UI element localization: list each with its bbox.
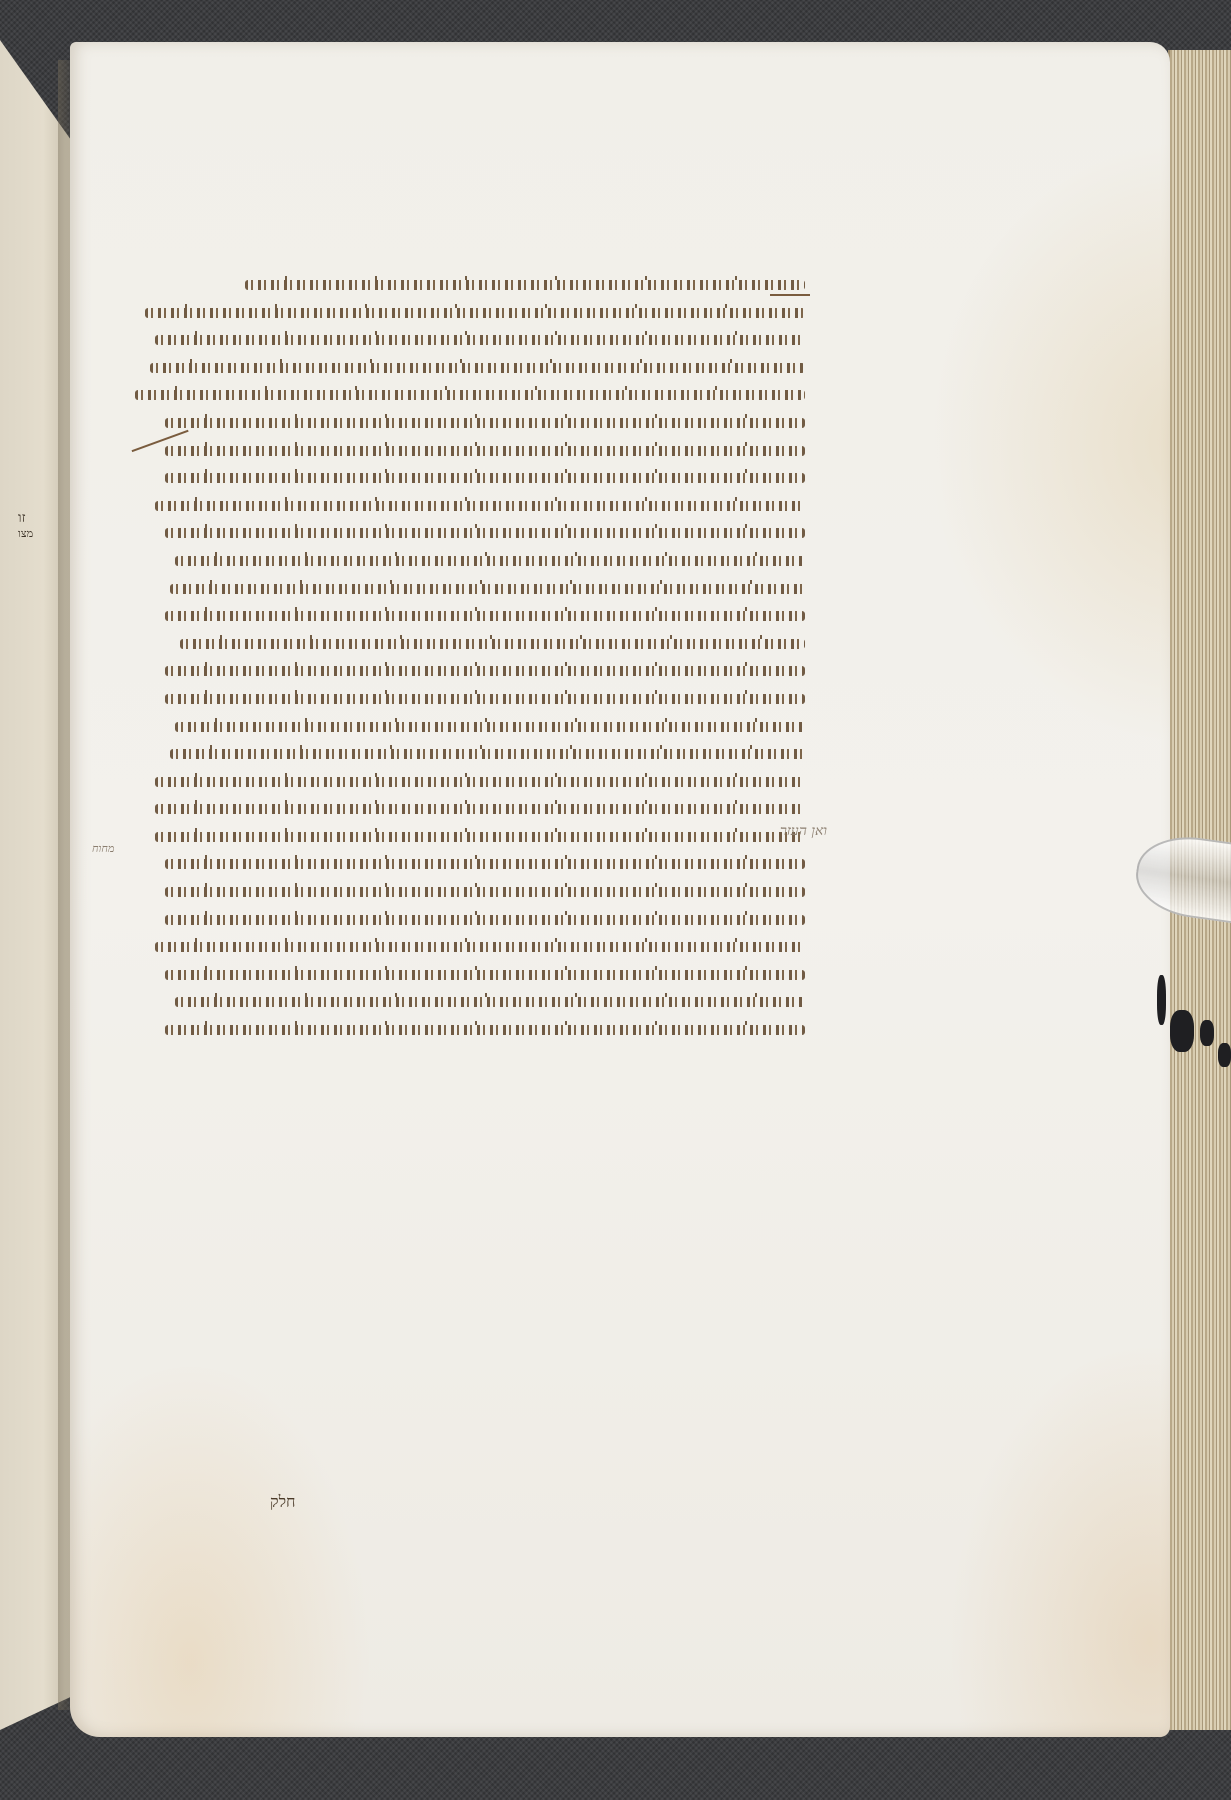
handwritten-text: [150, 363, 805, 373]
handwritten-text: [165, 887, 805, 897]
handwritten-text: [165, 1025, 805, 1035]
manuscript-line: [125, 518, 805, 546]
manuscript-line: [125, 491, 805, 519]
manuscript-line: [125, 270, 805, 298]
handwritten-text: [170, 749, 805, 759]
handwritten-text: [165, 446, 805, 456]
handwritten-text: [135, 390, 805, 400]
margin-note-left: מחוח: [92, 842, 114, 855]
handwritten-text: [155, 777, 805, 787]
margin-pointer-mark: [770, 294, 810, 296]
handwritten-text: [175, 556, 805, 566]
handwritten-text: [145, 308, 805, 318]
manuscript-line: [125, 905, 805, 933]
manuscript-line: [125, 794, 805, 822]
handwritten-text: [245, 280, 805, 290]
ink-blot: [1218, 1043, 1231, 1067]
manuscript-line: [125, 463, 805, 491]
manuscript-line: [125, 932, 805, 960]
manuscript-line: [125, 629, 805, 657]
handwritten-text: [165, 528, 805, 538]
manuscript-line: [125, 684, 805, 712]
handwritten-text: [155, 335, 805, 345]
manuscript-line: [125, 408, 805, 436]
manuscript-line: [125, 546, 805, 574]
manuscript-line: [125, 739, 805, 767]
left-page-marks: זו מצו: [18, 510, 33, 540]
left-mark-1: זו: [18, 510, 33, 527]
manuscript-line: [125, 877, 805, 905]
manuscript-line: [125, 325, 805, 353]
handwritten-text: [155, 804, 805, 814]
handwritten-text: [165, 970, 805, 980]
manuscript-line: [125, 849, 805, 877]
text-block: [125, 270, 805, 1043]
handwritten-text: [155, 832, 805, 842]
handwritten-text: [170, 584, 805, 594]
manuscript-line: [125, 822, 805, 850]
handwritten-text: [175, 722, 805, 732]
handwritten-text: [175, 997, 805, 1007]
manuscript-line: [125, 574, 805, 602]
handwritten-text: [165, 418, 805, 428]
handwritten-text: [155, 501, 805, 511]
manuscript-line: [125, 712, 805, 740]
manuscript-line: [125, 601, 805, 629]
handwritten-text: [165, 915, 805, 925]
left-mark-2: מצו: [18, 527, 33, 540]
handwritten-text: [165, 859, 805, 869]
manuscript-line: [125, 960, 805, 988]
handwritten-text: [165, 473, 805, 483]
manuscript-line: [125, 656, 805, 684]
margin-note-right: ואן העזר: [780, 823, 827, 840]
handwritten-text: [155, 942, 805, 952]
ink-blot: [1157, 975, 1166, 1025]
catchword: חלק: [270, 1492, 296, 1512]
manuscript-line: [125, 767, 805, 795]
ink-blot: [1200, 1020, 1214, 1046]
manuscript-line: [125, 987, 805, 1015]
manuscript-line: [125, 436, 805, 464]
handwritten-text: [165, 611, 805, 621]
handwritten-text: [165, 666, 805, 676]
manuscript-line: [125, 380, 805, 408]
handwritten-text: [180, 639, 805, 649]
handwritten-text: [165, 694, 805, 704]
manuscript-line: [125, 353, 805, 381]
manuscript-line: [125, 1015, 805, 1043]
ink-blot: [1170, 1010, 1194, 1052]
manuscript-line: [125, 298, 805, 326]
